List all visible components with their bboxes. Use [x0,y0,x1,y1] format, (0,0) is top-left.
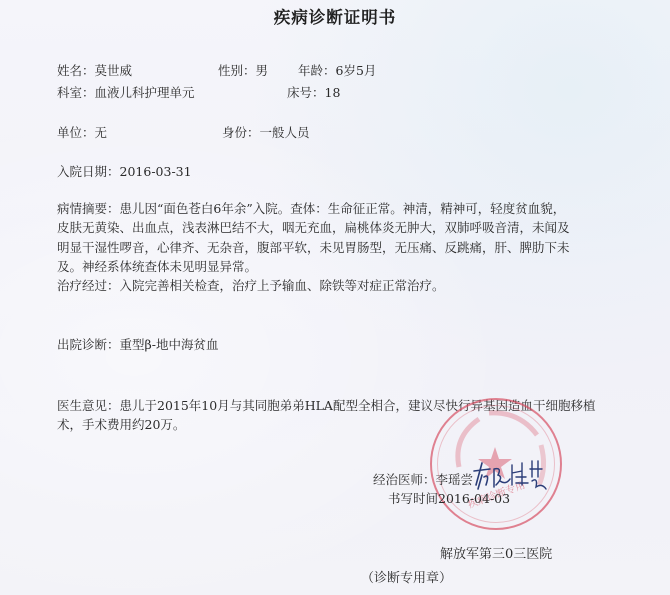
bed-number-label: 床号： [287,85,325,100]
identity-field: 身份：一般人员 [222,127,310,140]
treatment-text: 治疗经过：入院完善相关检查，治疗上予输血、除铁等对症正常治疗。 [57,276,657,295]
condition-summary-line: 病情摘要：患儿因“面色苍白6年余”入院。查体：生命征正常。神清，精神可，轻度贫血… [57,199,657,218]
unit-field: 单位：无 [57,127,107,140]
written-time-label: 书写时间 [388,491,438,506]
bed-number-field: 床号：18 [287,87,340,100]
document-title: 疾病诊断证明书 [0,10,670,27]
department-label: 科室： [57,85,95,100]
department-field: 科室：血液儿科护理单元 [57,87,195,100]
doctor-opinion-line: 医生意见：患儿于2015年10月与其同胞弟弟HLA配型全相合，建议尽快行异基因造… [57,396,657,415]
patient-gender-value: 男 [256,63,269,78]
department-value: 血液儿科护理单元 [95,85,195,100]
seal-note: （诊断专用章） [361,572,452,585]
identity-label: 身份： [222,125,260,140]
condition-summary-line: 皮肤无黄染、出血点，浅表淋巴结不大，咽无充血，扁桃体炎无肿大，双肺呼吸音清，未闻… [57,218,657,237]
attending-doctor-label: 经治医师： [373,472,436,487]
identity-value: 一般人员 [260,125,310,140]
patient-age-value: 6岁5月 [336,63,377,78]
unit-label: 单位： [57,125,95,140]
patient-name-field: 姓名：莫世威 [57,65,132,78]
condition-summary: 病情摘要：患儿因“面色苍白6年余”入院。查体：生命征正常。神清，精神可，轻度贫血… [57,199,657,295]
condition-summary-line: 明显干湿性啰音，心律齐、无杂音，腹部平软，未见胃肠型，无压痛、反跳痛，肝、脾肋下… [57,238,657,257]
patient-gender-field: 性别：男 [218,65,268,78]
discharge-diagnosis-label: 出院诊断： [57,337,120,352]
patient-name-label: 姓名： [57,63,95,78]
admission-date-label: 入院日期： [57,164,120,179]
admission-date-value: 2016-03-31 [120,164,192,179]
attending-doctor-field: 经治医师：李瑶尝 [373,474,473,487]
handwritten-signature [472,455,552,495]
attending-doctor-name: 李瑶尝 [436,472,474,487]
written-time-field: 书写时间2016-04-03 [388,493,510,506]
unit-value: 无 [95,125,108,140]
patient-name-value: 莫世威 [95,63,133,78]
doctor-opinion: 医生意见：患儿于2015年10月与其同胞弟弟HLA配型全相合，建议尽快行异基因造… [57,396,657,435]
doctor-opinion-line: 术，手术费用约20万。 [57,415,657,434]
hospital-name: 解放军第三0三医院 [440,548,552,561]
bed-number-value: 18 [325,85,341,100]
patient-gender-label: 性别： [218,63,256,78]
discharge-diagnosis-value: 重型β-地中海贫血 [120,337,219,352]
discharge-diagnosis-field: 出院诊断：重型β-地中海贫血 [57,339,218,352]
patient-age-label: 年龄： [298,63,336,78]
admission-date-field: 入院日期：2016-03-31 [57,166,192,179]
written-time-value: 2016-04-03 [438,491,510,506]
condition-summary-line: 及。神经系体统查体未见明显异常。 [57,257,657,276]
patient-age-field: 年龄：6岁5月 [298,65,376,78]
